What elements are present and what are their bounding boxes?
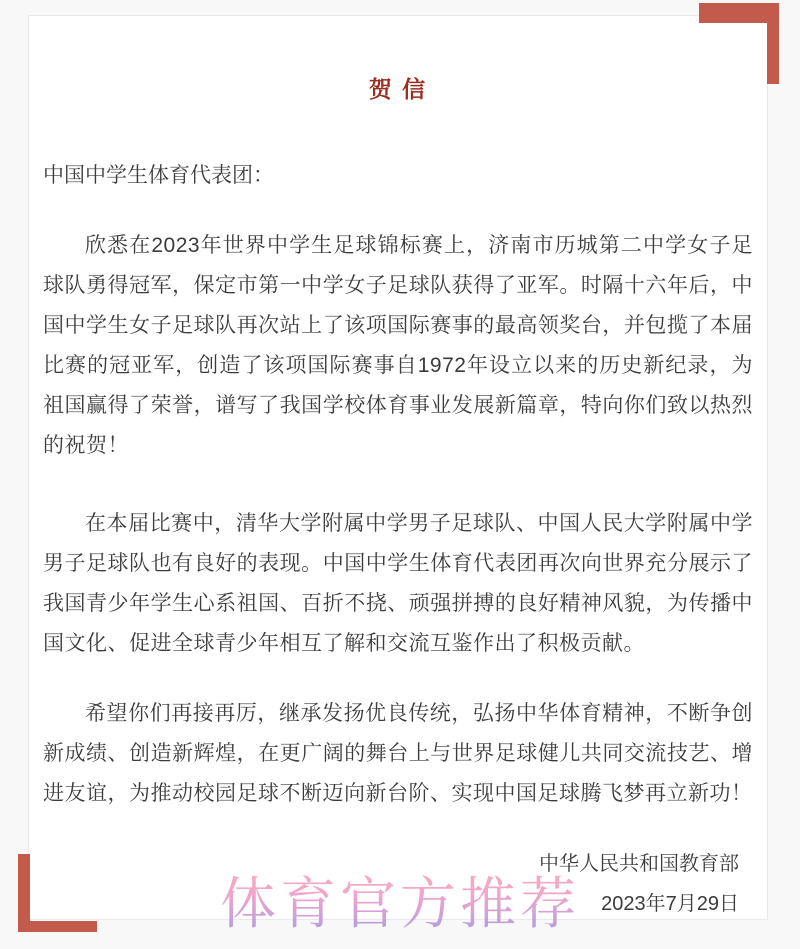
letter-paragraph-3: 希望你们再接再厉，继承发扬优良传统，弘扬中华体育精神，不断争创新成绩、创造新辉煌… xyxy=(43,694,753,814)
corner-ornament-bottom-left-horizontal xyxy=(18,921,97,932)
letter-salutation: 中国中学生体育代表团： xyxy=(43,156,753,196)
letter-paragraph-2: 在本届比赛中，清华大学附属中学男子足球队、中国人民大学附属中学男子足球队也有良好… xyxy=(43,504,753,664)
letter-card: 贺 信 中国中学生体育代表团： 欣悉在2023年世界中学生足球锦标赛上，济南市历… xyxy=(28,15,768,920)
corner-ornament-top-right-vertical xyxy=(767,3,779,84)
signature-block: 中华人民共和国教育部 2023年7月29日 xyxy=(43,844,753,924)
signature-date: 2023年7月29日 xyxy=(43,884,739,924)
letter-title: 贺 信 xyxy=(43,74,753,104)
letter-page: 贺 信 中国中学生体育代表团： 欣悉在2023年世界中学生足球锦标赛上，济南市历… xyxy=(0,0,800,949)
signature-signer: 中华人民共和国教育部 xyxy=(43,844,739,884)
letter-paragraph-1: 欣悉在2023年世界中学生足球锦标赛上，济南市历城第二中学女子足球队勇得冠军，保… xyxy=(43,226,753,466)
corner-ornament-bottom-left-vertical xyxy=(18,854,30,931)
